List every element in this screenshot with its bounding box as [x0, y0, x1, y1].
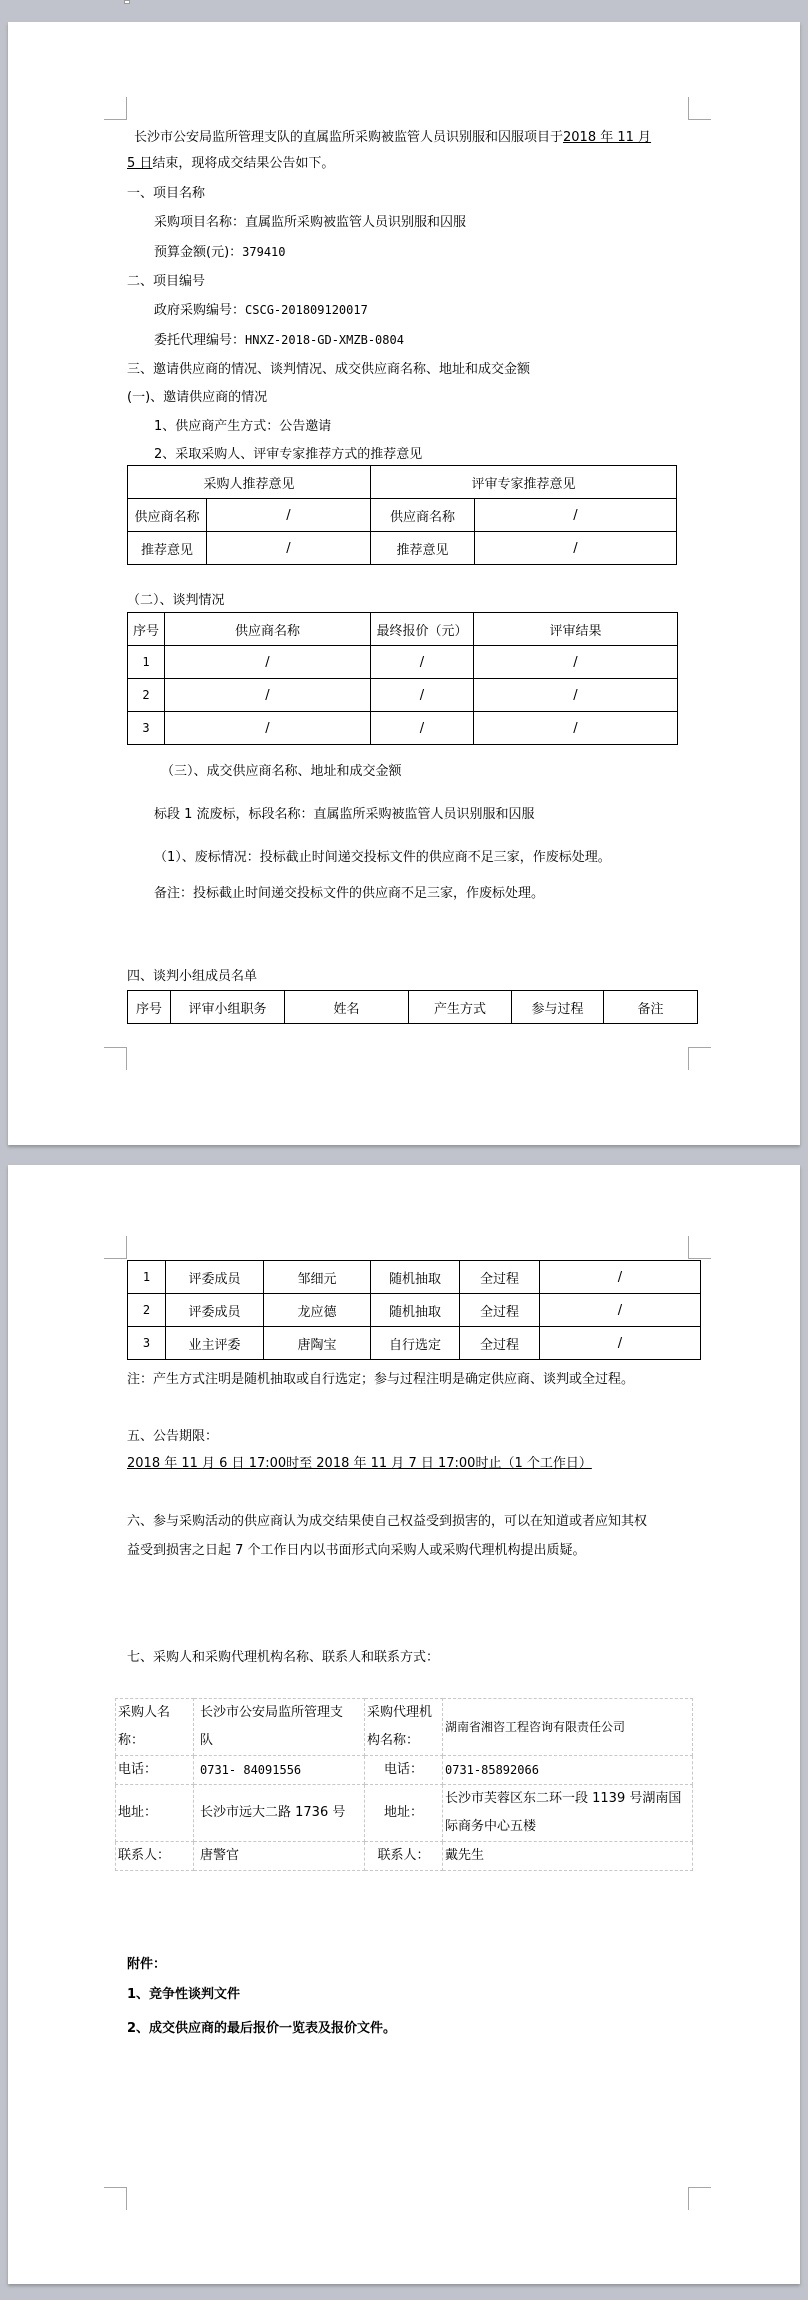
- document-page-1: 长沙市公安局监所管理支队的直属监所采购被监管人员识别服和囚服项目于2018 年 …: [8, 22, 800, 1145]
- agency-name: 湖南省湘咨工程咨询有限责任公司: [443, 1699, 693, 1756]
- table-cell: 供应商名称: [128, 499, 207, 532]
- table-row: 1 / / /: [128, 646, 678, 679]
- margin-corner-bottom-right: [688, 1047, 711, 1070]
- ruler-marker: [124, 0, 130, 4]
- section3-sub3: （三）、成交供应商名称、地址和成交金额: [161, 764, 402, 780]
- section4-note: 注：产生方式注明是随机抽取或自行选定；参与过程注明是确定供应商、谈判或全过程。: [127, 1372, 634, 1388]
- table-cell: /: [475, 499, 677, 532]
- purchaser-name: 长沙市公安局监所管理支队: [194, 1699, 365, 1756]
- section3-item1: 1、供应商产生方式：公告邀请: [154, 419, 331, 435]
- remark-line: 备注：投标截止时间递交投标文件的供应商不足三家，作废标处理。: [154, 886, 544, 902]
- section3-item2: 2、采取采购人、评审专家推荐方式的推荐意见: [154, 447, 422, 463]
- header-remark: 备注: [604, 991, 698, 1024]
- section4-heading: 四、谈判小组成员名单: [127, 969, 257, 985]
- failure-line: （1）、废标情况：投标截止时间递交投标文件的供应商不足三家，作废标处理。: [154, 850, 611, 866]
- table-row: 3 / / /: [128, 712, 678, 745]
- header-role: 评审小组职务: [171, 991, 285, 1024]
- header-purchaser-recommendation: 采购人推荐意见: [128, 466, 371, 499]
- section3-sub2: （二）、谈判情况: [127, 593, 225, 609]
- purchaser-address: 长沙市远大二路 1736 号: [194, 1785, 365, 1842]
- agent-number-line: 委托代理编号：HNXZ-2018-GD-XMZB-0804: [154, 332, 404, 349]
- margin-corner-bottom-right: [688, 2187, 711, 2210]
- panel-table-header: 序号 评审小组职务 姓名 产生方式 参与过程 备注: [127, 990, 698, 1024]
- margin-corner-top-right: [688, 1236, 711, 1259]
- margin-corner-top-left: [104, 97, 127, 120]
- lot-line: 标段 1 流废标，标段名称：直属监所采购被监管人员识别服和囚服: [154, 807, 535, 823]
- recommendation-table: 采购人推荐意见 评审专家推荐意见 供应商名称 / 供应商名称 / 推荐意见 / …: [127, 465, 677, 565]
- margin-corner-top-right: [688, 97, 711, 120]
- section6-line-1: 六、参与采购活动的供应商认为成交结果使自己权益受到损害的，可以在知道或者应知其权: [127, 1514, 647, 1530]
- purchaser-contact: 唐警官: [194, 1842, 365, 1871]
- header-name: 姓名: [285, 991, 409, 1024]
- section2-heading: 二、项目编号: [127, 274, 205, 290]
- document-page-2: 1 评委成员 邹细元 随机抽取 全过程 / 2 评委成员 龙应德 随机抽取 全过…: [8, 1165, 800, 2284]
- table-cell: /: [207, 532, 371, 565]
- contact-label: 联系人：: [116, 1842, 194, 1871]
- intro-line-1: 长沙市公安局监所管理支队的直属监所采购被监管人员识别服和囚服项目于2018 年 …: [134, 130, 651, 146]
- header-serial: 序号: [128, 613, 165, 646]
- section3-sub1: (一)、邀请供应商的情况: [127, 390, 267, 406]
- address-label: 地址：: [365, 1785, 443, 1842]
- section7-heading: 七、采购人和采购代理机构名称、联系人和联系方式：: [127, 1650, 439, 1666]
- header-final-price: 最终报价（元）: [371, 613, 474, 646]
- project-name-line: 采购项目名称：直属监所采购被监管人员识别服和囚服: [154, 215, 466, 231]
- section1-heading: 一、项目名称: [127, 186, 205, 202]
- section5-heading: 五、公告期限：: [127, 1429, 218, 1445]
- attachment-item: 2、成交供应商的最后报价一览表及报价文件。: [127, 2021, 396, 2037]
- header-supplier-name: 供应商名称: [165, 613, 371, 646]
- table-cell: 推荐意见: [371, 532, 475, 565]
- attachments-heading: 附件：: [127, 1957, 166, 1973]
- table-row: 1 评委成员 邹细元 随机抽取 全过程 /: [128, 1261, 701, 1294]
- agency-name-label: 采购代理机构名称：: [365, 1699, 443, 1756]
- budget-line: 预算金额(元)：379410: [154, 244, 286, 261]
- announcement-period: 2018 年 11 月 6 日 17:00时至 2018 年 11 月 7 日 …: [127, 1456, 592, 1472]
- section3-heading: 三、邀请供应商的情况、谈判情况、成交供应商名称、地址和成交金额: [127, 362, 530, 378]
- address-label: 地址：: [116, 1785, 194, 1842]
- agency-phone: 0731-85892066: [443, 1756, 693, 1785]
- phone-label: 电话：: [365, 1756, 443, 1785]
- header-review-result: 评审结果: [474, 613, 678, 646]
- panel-table-body: 1 评委成员 邹细元 随机抽取 全过程 / 2 评委成员 龙应德 随机抽取 全过…: [127, 1260, 701, 1360]
- header-method: 产生方式: [409, 991, 512, 1024]
- purchaser-phone: 0731- 84091556: [194, 1756, 365, 1785]
- table-row: 2 评委成员 龙应德 随机抽取 全过程 /: [128, 1294, 701, 1327]
- purchaser-name-label: 采购人名称：: [116, 1699, 194, 1756]
- contact-table: 采购人名称： 长沙市公安局监所管理支队 采购代理机构名称： 湖南省湘咨工程咨询有…: [115, 1698, 693, 1871]
- margin-corner-bottom-left: [104, 1047, 127, 1070]
- table-cell: /: [207, 499, 371, 532]
- table-row: 3 业主评委 唐陶宝 自行选定 全过程 /: [128, 1327, 701, 1360]
- section6-line-2: 益受到损害之日起 7 个工作日内以书面形式向采购人或采购代理机构提出质疑。: [127, 1543, 586, 1559]
- gov-procurement-number-line: 政府采购编号：CSCG-201809120017: [154, 302, 368, 319]
- header-expert-recommendation: 评审专家推荐意见: [371, 466, 677, 499]
- phone-label: 电话：: [116, 1756, 194, 1785]
- table-cell: /: [475, 532, 677, 565]
- margin-corner-top-left: [104, 1236, 127, 1259]
- negotiation-table: 序号 供应商名称 最终报价（元） 评审结果 1 / / / 2 / / / 3 …: [127, 612, 678, 745]
- margin-corner-bottom-left: [104, 2187, 127, 2210]
- table-cell: 供应商名称: [371, 499, 475, 532]
- table-cell: 推荐意见: [128, 532, 207, 565]
- header-process: 参与过程: [512, 991, 604, 1024]
- attachment-item: 1、竞争性谈判文件: [127, 1987, 240, 2003]
- agency-address: 长沙市芙蓉区东二环一段 1139 号湖南国际商务中心五楼: [443, 1785, 693, 1842]
- contact-label: 联系人：: [365, 1842, 443, 1871]
- table-row: 2 / / /: [128, 679, 678, 712]
- intro-line-2: 5 日结束，现将成交结果公告如下。: [127, 156, 334, 172]
- header-serial: 序号: [128, 991, 171, 1024]
- agency-contact: 戴先生: [443, 1842, 693, 1871]
